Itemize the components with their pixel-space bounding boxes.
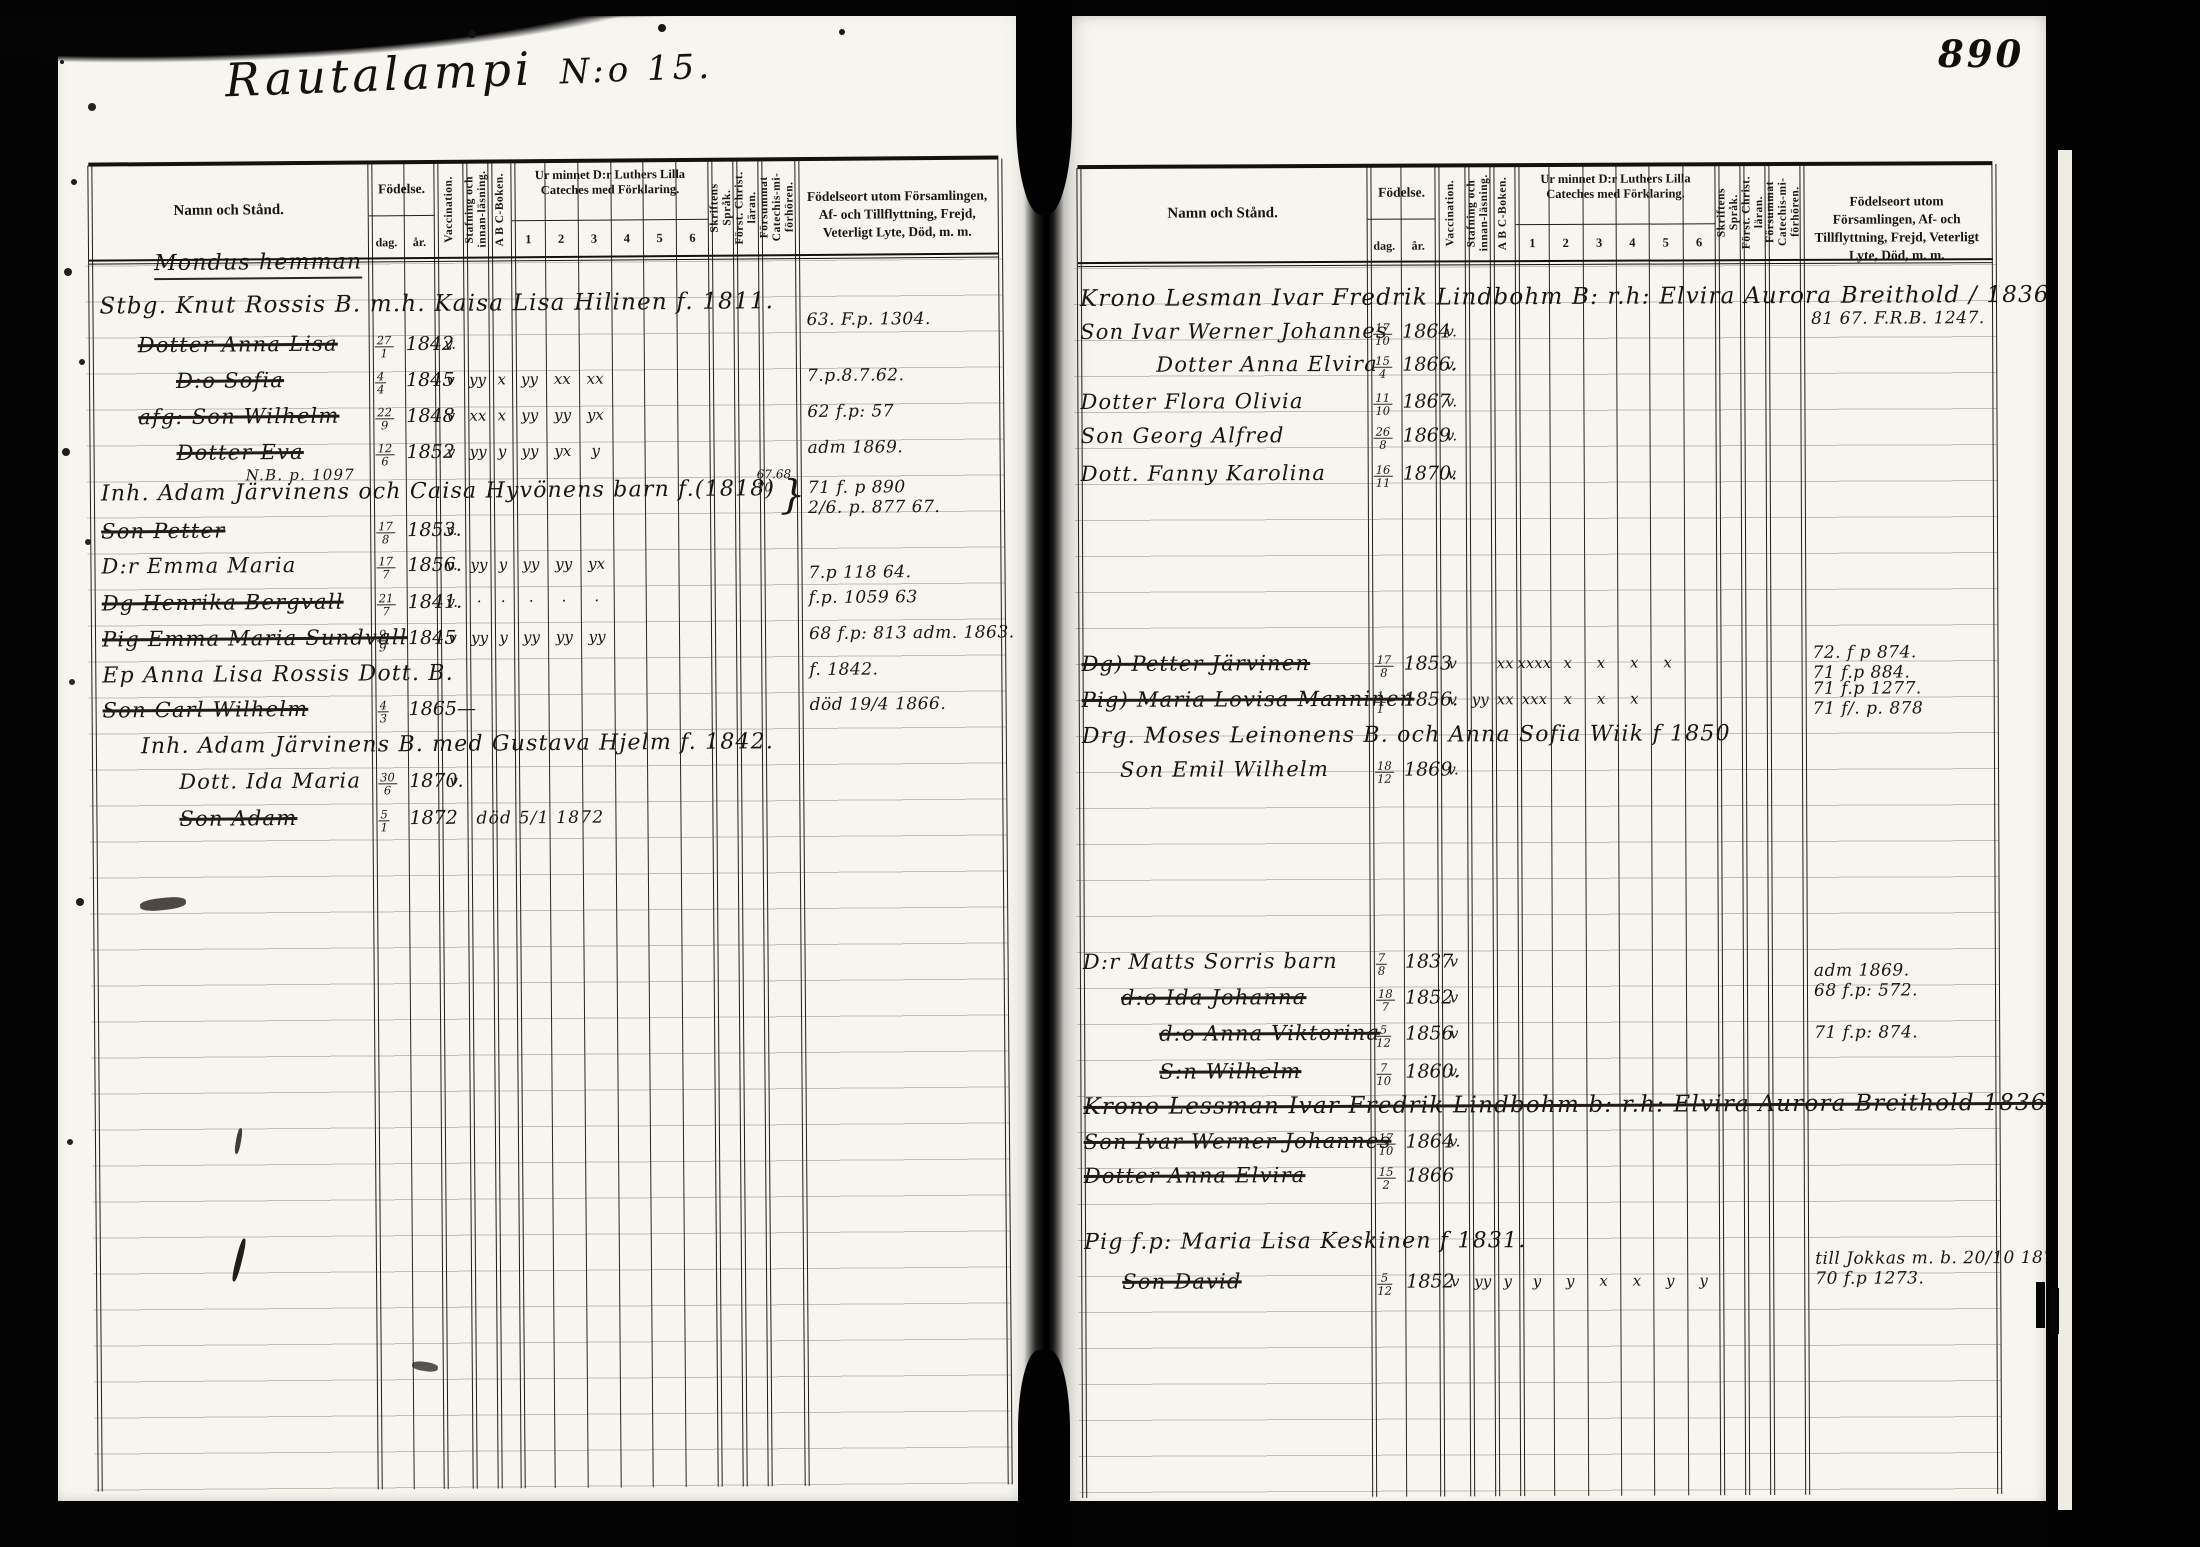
- birth-day-denominator: 9: [377, 641, 388, 652]
- birth-year: 1869: [1403, 424, 1451, 446]
- remark-text: adm 1869.: [1814, 960, 1910, 980]
- birth-day: 268: [1374, 427, 1393, 450]
- row-name: Dotter Anna Elvira: [1156, 352, 1378, 377]
- remark-text: 7.p 118 64.: [808, 562, 911, 583]
- birth-day: 1710: [1373, 323, 1392, 346]
- birth-day: 306: [378, 772, 397, 795]
- header-catechism-col: 6: [1682, 235, 1715, 250]
- header-christian-doctrine: Först. Christ. läran.: [1740, 169, 1765, 255]
- birth-day-denominator: 3: [378, 712, 389, 723]
- assessment-mark: x: [1630, 690, 1639, 708]
- birth-day: 178: [1375, 655, 1394, 678]
- header-spelling: Stafning och innan-läsning.: [463, 166, 489, 252]
- header-catechism-col: 3: [1582, 236, 1615, 251]
- assessment-mark: ·: [562, 592, 567, 610]
- birth-day: 43: [378, 700, 390, 723]
- assessment-mark: xx: [1497, 654, 1514, 672]
- birth-day-denominator: 4: [375, 383, 386, 394]
- assessment-mark: x: [1663, 653, 1672, 671]
- assessment-mark: xxx: [1522, 690, 1547, 708]
- remark-text: 71 f.p 1277.: [1813, 678, 1922, 698]
- ledger-row: Son Emil Wilhelm18121869v.: [1050, 754, 2054, 794]
- row-name: Inh. Adam Järvinens B. med Gustava Hjelm…: [141, 729, 774, 759]
- birth-day-denominator: 10: [1373, 335, 1392, 346]
- row-name: d:o Anna Viktorina: [1159, 1021, 1380, 1046]
- birth-day: 1710: [1377, 1133, 1396, 1156]
- scan-border-bottom: [0, 1501, 2200, 1547]
- birth-year: 1852: [1406, 1270, 1454, 1292]
- assessment-mark: x: [1563, 690, 1572, 708]
- remark-text: 71 f. p 890: [808, 477, 906, 498]
- row-name: D:r Matts Sorris barn: [1083, 949, 1338, 974]
- assessment-mark: yy: [1474, 1272, 1491, 1290]
- assessment-mark: y: [1566, 1272, 1575, 1290]
- birth-day-denominator: 6: [378, 784, 397, 795]
- assessment-mark: y: [1533, 1272, 1542, 1290]
- ledger-row: D:r Matts Sorris barn781837vadm 1869.68 …: [1051, 946, 2055, 986]
- row-name: Son Emil Wilhelm: [1120, 757, 1329, 782]
- birth-day: 44: [375, 371, 387, 394]
- assessment-mark: v: [449, 772, 458, 790]
- remark-text: 62 f.p: 57: [807, 401, 894, 422]
- assessment-mark: v.: [1446, 392, 1458, 410]
- birth-day-denominator: 4: [1373, 368, 1392, 379]
- header-birth: Födelse.: [1367, 185, 1435, 201]
- birth-day-denominator: 8: [376, 533, 395, 544]
- birth-year: 1866: [1406, 1164, 1454, 1186]
- assessment-mark: x: [1563, 654, 1572, 672]
- ledger-row: Dotter Anna Elvira1521866: [1052, 1160, 2056, 1200]
- book-gutter-bottom: [1018, 1350, 1070, 1547]
- assessment-mark: y: [499, 628, 508, 646]
- ledger-row: d:o Anna Viktorina5121856v71 f.p: 874.: [1051, 1018, 2055, 1058]
- ledger-row: Pig f.p: Maria Lisa Keskinen f 1831.till…: [1052, 1226, 2056, 1266]
- birth-day: 217: [377, 593, 396, 616]
- assessment-mark: y: [1699, 1271, 1708, 1289]
- remark-text: 72. f p 874.: [1812, 642, 1916, 662]
- remark-text: f. 1842.: [809, 659, 878, 680]
- assessment-mark: ·: [594, 592, 599, 610]
- birth-day: 126: [376, 443, 395, 466]
- assessment-mark: yy: [521, 406, 538, 424]
- scan-marks: [2036, 1282, 2045, 1328]
- birth-day: 1110: [1373, 393, 1392, 416]
- ledger-row: Dott. Fanny Karolina16111870.v: [1049, 458, 2053, 498]
- birth-day-denominator: 8: [1374, 439, 1393, 450]
- assessment-mark: xx: [554, 370, 571, 388]
- header-catechism-col: 3: [578, 232, 611, 247]
- assessment-mark: x: [1630, 654, 1639, 672]
- assessment-mark: xxxx: [1517, 654, 1551, 672]
- row-note: död 5/1 1872: [476, 808, 604, 829]
- header-birth-year: år.: [404, 235, 435, 250]
- row-name: Dg Henrika Bergvall: [102, 590, 344, 616]
- ledger-row: Son David5121852vyyyyyxxyy: [1052, 1266, 2056, 1306]
- birth-day: 187: [1376, 989, 1395, 1012]
- ledger-row: Dotter Anna Elvira1541866.v.: [1048, 349, 2052, 389]
- ledger-row: Son Georg Alfred2681869v.: [1049, 420, 2053, 460]
- header-spelling: Stafning och innan-läsning.: [1465, 170, 1490, 256]
- header-abc-book: A B C-Boken.: [1490, 170, 1515, 256]
- birth-day: 99: [377, 629, 389, 652]
- remark-text: 68 f.p: 813 adm. 1863.: [809, 622, 1015, 644]
- assessment-mark: v: [447, 443, 456, 461]
- header-catechism: Ur minnet D:r Luthers Lilla Cateches med…: [1517, 171, 1713, 202]
- assessment-mark: yy: [521, 442, 538, 460]
- header-remarks: Födelseort utom Församlingen, Af- och Ti…: [1809, 192, 1985, 265]
- assessment-mark: yy: [555, 555, 572, 573]
- birth-day-denominator: 10: [1373, 405, 1392, 416]
- header-remarks: Födelseort utom Församlingen, Af- och Ti…: [804, 187, 991, 242]
- remark-text: död 19/4 1866.: [810, 694, 947, 715]
- row-name: Inh. Adam Järvinens och Caisa Hyvönens b…: [101, 476, 776, 506]
- birth-day-denominator: 1: [375, 347, 394, 358]
- assessment-mark: v: [1448, 654, 1457, 672]
- assessment-mark: x: [1597, 690, 1606, 708]
- row-name: Pig Emma Maria Sundvall: [102, 625, 368, 651]
- header-catechism-col: 1: [512, 232, 545, 247]
- birth-day: 512: [1376, 1025, 1391, 1048]
- header-name: Namn och Stånd.: [89, 201, 369, 220]
- row-name: Son Carl Wilhelm: [103, 697, 309, 723]
- assessment-mark: v.: [1447, 760, 1459, 778]
- scanned-parish-register: { "scan": { "left_page_number": "889", "…: [0, 0, 2200, 1547]
- birth-day: 271: [375, 335, 394, 358]
- header-catechism: Ur minnet D:r Luthers Lilla Cateches med…: [513, 167, 706, 199]
- ledger-row: Inh. Adam Järvinens och Caisa Hyvönens b…: [56, 474, 1044, 518]
- row-name: Son Ivar Werner Johannes: [1084, 1129, 1368, 1154]
- birth-day-denominator: 1: [1375, 703, 1386, 714]
- assessment-mark: yx: [587, 406, 604, 424]
- assessment-mark: x: [1633, 1272, 1642, 1290]
- header-birth-day: dag.: [1368, 239, 1401, 254]
- birth-day-denominator: 9: [375, 419, 394, 430]
- row-name: Krono Lessman Ivar Fredrik Lindbohm b: r…: [1083, 1090, 2046, 1120]
- row-name: Dotter Eva: [176, 440, 303, 465]
- birth-day: 11: [1375, 691, 1386, 714]
- birth-year: 1869: [1404, 758, 1452, 780]
- assessment-mark: x: [497, 370, 506, 388]
- birth-year: 1853: [1404, 652, 1452, 674]
- header-catechism-col: 5: [643, 231, 676, 246]
- assessment-mark: yy: [556, 628, 573, 646]
- header-birth: Födelse.: [368, 181, 434, 198]
- page-edge: [2058, 150, 2072, 1510]
- birth-day-denominator: 7: [376, 568, 395, 579]
- row-name: Dott. Fanny Karolina: [1081, 461, 1326, 486]
- header-catechism-col: 6: [676, 231, 709, 246]
- assessment-mark: yy: [1472, 690, 1489, 708]
- assessment-mark: yy: [589, 628, 606, 646]
- header-catechism-col: 5: [1649, 235, 1682, 250]
- birth-year: 1837: [1405, 950, 1453, 972]
- assessment-mark: yy: [471, 628, 488, 646]
- birth-day-denominator: 8: [1376, 965, 1387, 976]
- ledger-table: Namn och Stånd.Födelse.dag.år.Vaccinatio…: [1047, 14, 2058, 1510]
- row-name: Son Adam: [179, 806, 297, 831]
- birth-year: 1867: [1402, 390, 1450, 412]
- header-top-border: [1077, 161, 1992, 169]
- assessment-mark: v: [1447, 464, 1456, 482]
- header-scripture: Skriftens Språk.: [708, 165, 734, 251]
- birth-day: 177: [376, 556, 395, 579]
- assessment-mark: yy: [469, 371, 486, 389]
- remark-text: 71 f.p: 874.: [1814, 1022, 1918, 1042]
- row-name: Dotter Anna Elvira: [1084, 1163, 1306, 1188]
- assessment-mark: yy: [523, 628, 540, 646]
- header-birth-day: dag.: [369, 235, 404, 250]
- header-name: Namn och Stånd.: [1078, 205, 1368, 223]
- assessment-mark: v: [1450, 988, 1459, 1006]
- remark-text: f.p. 1059 63: [809, 587, 918, 608]
- row-name: d:o Ida Johanna: [1121, 985, 1307, 1010]
- assessment-mark: yy: [521, 370, 538, 388]
- birth-year: 1872: [409, 807, 458, 829]
- ledger-row: Krono Lessman Ivar Fredrik Lindbohm b: r…: [1051, 1090, 2055, 1130]
- birth-day: 512: [1377, 1273, 1392, 1296]
- assessment-mark: v: [1450, 1024, 1459, 1042]
- row-name: Dotter Flora Olivia: [1080, 389, 1303, 414]
- header-scripture: Skriftens Språk.: [1715, 169, 1740, 255]
- assessment-mark: v.: [446, 556, 458, 574]
- birth-day: 1611: [1374, 465, 1393, 488]
- assessment-mark: yx: [554, 442, 571, 460]
- birth-day: 710: [1376, 1063, 1391, 1086]
- birth-day: 51: [378, 809, 390, 832]
- header-missed-catechism: Försummat Catechis-mi-förhören.: [758, 164, 796, 250]
- assessment-mark: x: [1599, 1272, 1608, 1290]
- row-name: S:n Wilhelm: [1159, 1059, 1301, 1084]
- assessment-mark: x: [497, 406, 506, 424]
- assessment-mark: y: [1666, 1271, 1675, 1289]
- assessment-mark: yy: [554, 406, 571, 424]
- header-vaccination: Vaccination.: [1435, 170, 1465, 256]
- ledger-table: Namn och Stånd.Födelse.dag.år.Vaccinatio…: [52, 6, 1052, 1512]
- header-missed-catechism: Försummat Catechis-mi-förhören.: [1765, 169, 1800, 255]
- assessment-mark: v: [1448, 690, 1457, 708]
- assessment-mark: v.: [1449, 1132, 1461, 1150]
- assessment-mark: v: [446, 407, 455, 425]
- assessment-mark: v.: [1445, 355, 1457, 373]
- row-name: Stbg. Knut Rossis B. m.h. Kaisa Lisa Hil…: [99, 288, 774, 319]
- farm-heading: Mondus hemman: [154, 249, 363, 280]
- remark-text: adm 1869.: [807, 437, 903, 458]
- assessment-mark: y: [499, 555, 508, 573]
- birth-day-denominator: 12: [1377, 1285, 1392, 1296]
- birth-day-denominator: 2: [1377, 1179, 1396, 1190]
- header-christian-doctrine: Först. Christ. läran.: [733, 164, 759, 250]
- assessment-mark: v: [1450, 952, 1459, 970]
- assessment-mark: yy: [470, 556, 487, 574]
- assessment-mark: v.: [444, 335, 456, 353]
- assessment-mark: xx: [1497, 690, 1514, 708]
- birth-day: 154: [1373, 356, 1392, 379]
- birth-day: 178: [376, 521, 395, 544]
- header-birth-year: år.: [1401, 239, 1436, 254]
- ledger-row: Stbg. Knut Rossis B. m.h. Kaisa Lisa Hil…: [54, 286, 1042, 330]
- assessment-mark: v: [446, 371, 455, 389]
- remark-text: 7.p.8.7.62.: [807, 365, 905, 386]
- header-abc-book: A B C-Boken.: [488, 166, 512, 252]
- birth-day: 152: [1377, 1167, 1396, 1190]
- assessment-mark: y: [498, 442, 507, 460]
- assessment-mark: v: [448, 629, 457, 647]
- birth-year: 1865—: [409, 698, 477, 721]
- birth-day: 1812: [1375, 761, 1394, 784]
- birth-day-denominator: 1: [378, 821, 389, 832]
- row-name: D:o Sofia: [176, 368, 284, 393]
- assessment-mark: ·: [529, 592, 534, 610]
- birth-divider: [369, 215, 435, 217]
- scan-speckle: [60, 60, 64, 64]
- birth-day-denominator: 12: [1376, 1037, 1391, 1048]
- row-name: Dott. Ida Maria: [179, 769, 361, 794]
- row-name: Ep Anna Lisa Rossis Dott. B.: [102, 661, 454, 689]
- assessment-mark: xx: [587, 370, 604, 388]
- birth-day-denominator: 7: [377, 605, 396, 616]
- assessment-mark: v.: [446, 593, 458, 611]
- assessment-mark: v.: [446, 521, 458, 539]
- birth-day-denominator: 11: [1374, 477, 1393, 488]
- birth-year: 1856: [1405, 1022, 1453, 1044]
- assessment-mark: ·: [501, 592, 506, 610]
- assessment-mark: y: [1503, 1272, 1512, 1290]
- row-name: Son Georg Alfred: [1081, 423, 1285, 448]
- header-vaccination: Vaccination.: [434, 167, 464, 253]
- header-catechism-col: 4: [610, 231, 643, 246]
- assessment-mark: v: [1451, 1272, 1460, 1290]
- right-page: Namn och Stånd.Födelse.dag.år.Vaccinatio…: [1050, 16, 2054, 1508]
- header-catechism-col: 4: [1616, 236, 1649, 251]
- header-catechism-col: 1: [1516, 236, 1549, 251]
- row-name: Son Petter: [101, 519, 225, 544]
- row-name: Pig) Maria Lovisa Manninen: [1082, 687, 1366, 712]
- header-catechism-col: 2: [545, 232, 578, 247]
- scan-border-top: [0, 0, 2200, 16]
- birth-divider: [1368, 219, 1436, 220]
- birth-year: 1864: [1402, 320, 1450, 342]
- ledger-row: Pig) Maria Lovisa Manninen111856.vyyxxxx…: [1050, 684, 2054, 724]
- left-page: Namn och Stånd.Födelse.dag.år.Vaccinatio…: [58, 10, 1046, 1508]
- birth-day-denominator: 12: [1375, 773, 1394, 784]
- row-name: Son David: [1122, 1269, 1242, 1294]
- row-name: Dotter Anna Lisa: [138, 332, 338, 358]
- assessment-mark: v.: [1446, 426, 1458, 444]
- assessment-mark: v.: [1449, 1062, 1461, 1080]
- birth-day-denominator: 6: [376, 455, 395, 466]
- assessment-mark: xx: [469, 407, 486, 425]
- birth-day: 78: [1376, 953, 1387, 976]
- assessment-mark: yy: [522, 555, 539, 573]
- remark-text: 71 f/. p. 878: [1813, 698, 1924, 718]
- birth-day: 229: [375, 407, 394, 430]
- row-name: Son Ivar Werner Johannes: [1080, 319, 1364, 344]
- assessment-mark: v.: [1445, 322, 1457, 340]
- book-gutter: [1024, 0, 1064, 1547]
- birth-year: 1852: [1405, 986, 1453, 1008]
- ledger-row: d:o Ida Johanna1871852v: [1051, 982, 2055, 1022]
- assessment-mark: y: [591, 442, 600, 460]
- assessment-mark: x: [1597, 654, 1606, 672]
- row-name: Pig f.p: Maria Lisa Keskinen f 1831.: [1084, 1228, 1526, 1255]
- assessment-mark: yy: [470, 443, 487, 461]
- birth-day-denominator: 10: [1377, 1145, 1396, 1156]
- birth-day-denominator: 7: [1376, 1001, 1395, 1012]
- assessment-mark: ·: [477, 593, 482, 611]
- row-name: afg: Son Wilhelm: [138, 404, 339, 430]
- page-number-right: 890: [1938, 32, 2024, 76]
- header-catechism-col: 2: [1549, 236, 1582, 251]
- birth-year: 1864: [1406, 1130, 1454, 1152]
- row-name: Dg) Petter Järvinen: [1082, 651, 1311, 676]
- book-gutter-top: [1016, 0, 1072, 215]
- row-name: Drg. Moses Leinonens B. och Anna Sofia W…: [1082, 721, 1731, 749]
- birth-day-denominator: 8: [1375, 667, 1394, 678]
- birth-day-denominator: 10: [1376, 1075, 1391, 1086]
- brace-mark: }: [780, 472, 807, 518]
- assessment-mark: yx: [588, 555, 605, 573]
- row-name: D:r Emma Maria: [101, 553, 296, 579]
